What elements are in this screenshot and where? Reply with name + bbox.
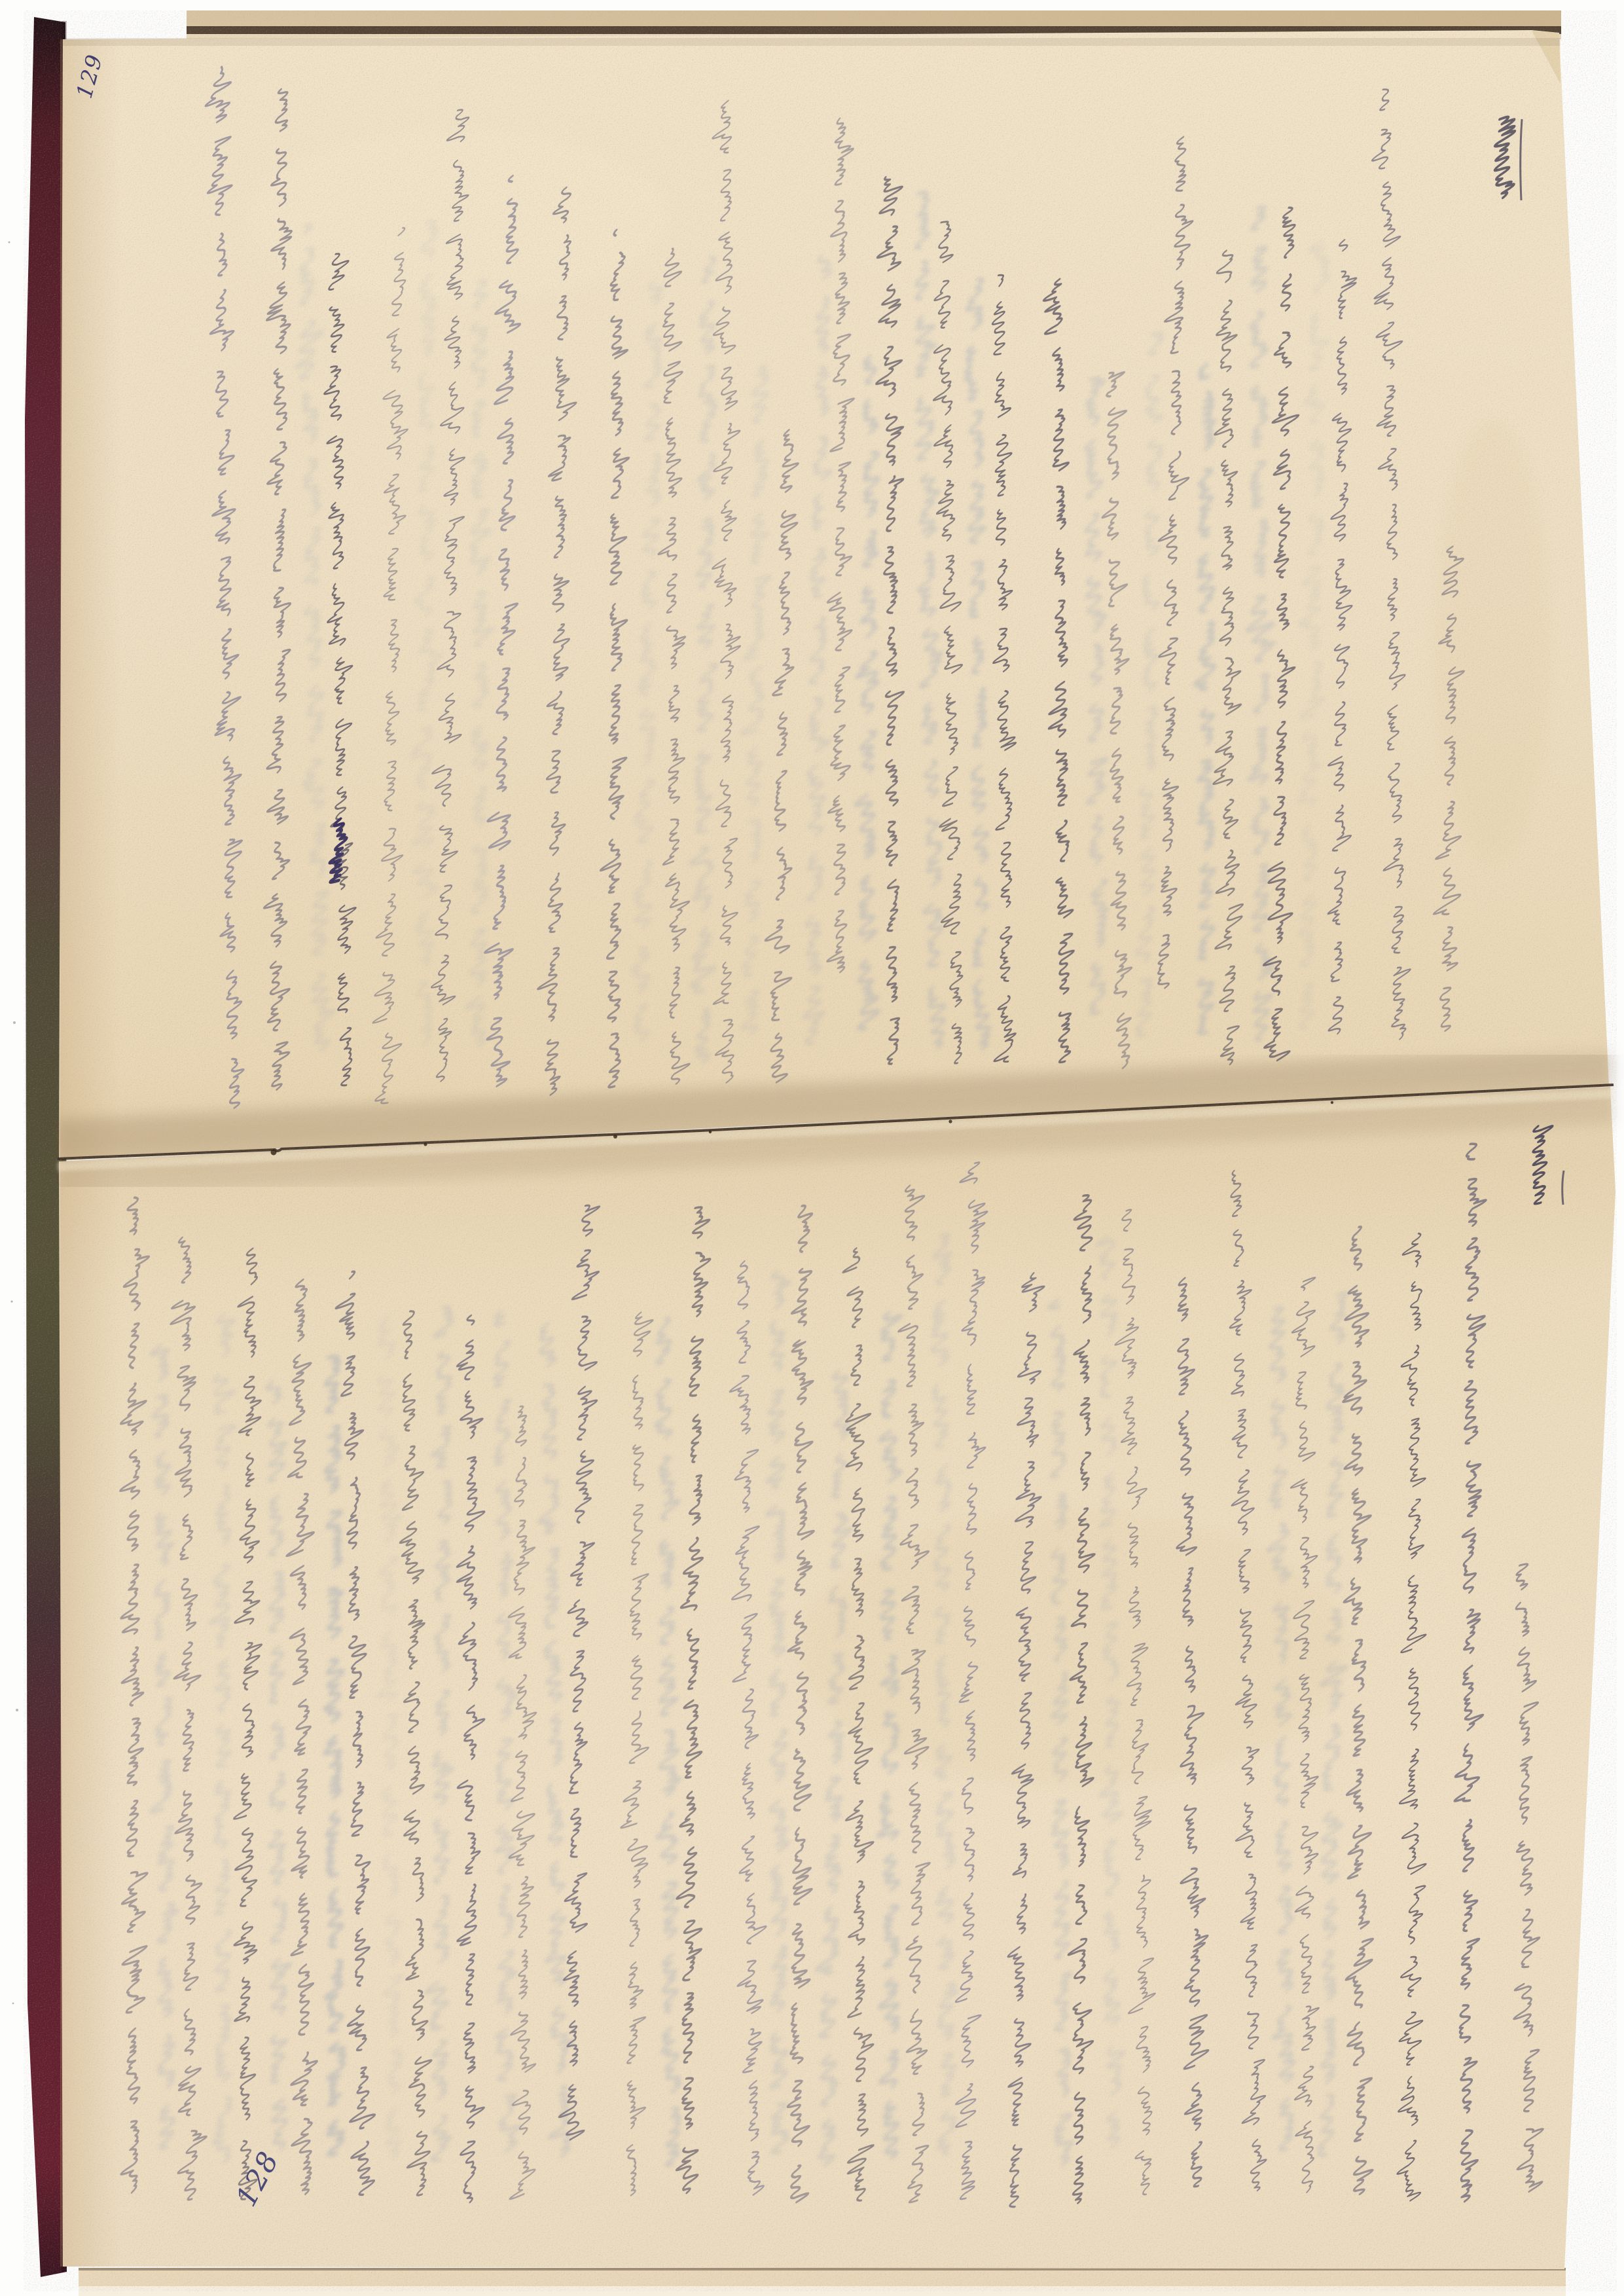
paper-grain-overlay — [24, 10, 1617, 2291]
dust-speck — [10, 1300, 12, 1302]
dust-speck — [13, 1021, 16, 1024]
dust-speck — [12, 2003, 14, 2005]
scanned-book-double-page: 129 128 — [0, 0, 1624, 2296]
dust-speck — [9, 242, 10, 244]
book-scan-artwork — [0, 0, 1624, 2296]
dust-speck — [16, 1709, 18, 1711]
